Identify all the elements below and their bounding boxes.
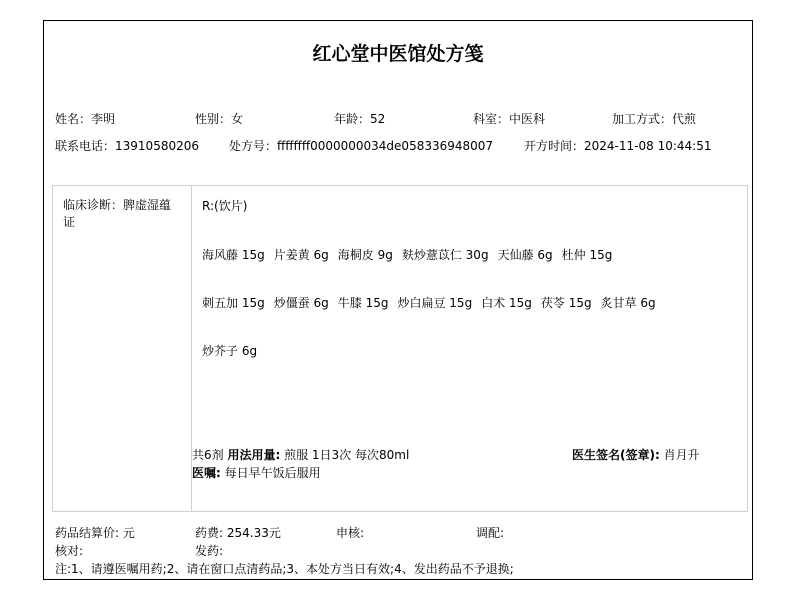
drug-fee: 药费: 254.33元 xyxy=(195,524,281,541)
prescription-time: 开方时间：2024-11-08 10:44:51 xyxy=(524,137,711,154)
page-title: 红心堂中医馆处方笺 xyxy=(44,39,752,66)
usage-line: 共6剂 用法用量: 煎服 1日3次 每次80ml xyxy=(192,446,409,464)
patient-name: 姓名：李明 xyxy=(55,110,115,127)
prescription-body: 临床诊断：脾虚湿蕴证 R:(饮片) 海风藤 15g片姜黄 6g海桐皮 9g麸炒薏… xyxy=(52,185,748,512)
herb-item: 片姜黄 6g xyxy=(274,248,329,262)
herb-item: 茯苓 15g xyxy=(541,296,592,310)
herb-item: 炒芥子 6g xyxy=(202,344,257,358)
herb-line-1: 海风藤 15g片姜黄 6g海桐皮 9g麸炒薏苡仁 30g天仙藤 6g杜仲 15g xyxy=(202,246,621,263)
footer-note: 注:1、请遵医嘱用药;2、请在窗口点清药品;3、本处方当日有效;4、发出药品不予… xyxy=(55,560,514,577)
herb-item: 杜仲 15g xyxy=(562,248,613,262)
patient-age: 年龄：52 xyxy=(334,110,385,127)
clinical-diagnosis: 临床诊断：脾虚湿蕴证 xyxy=(53,186,192,511)
department: 科室：中医科 xyxy=(473,110,545,127)
dispense-field: 调配: xyxy=(476,524,504,541)
herb-item: 天仙藤 6g xyxy=(498,248,553,262)
prescription-content: R:(饮片) 海风藤 15g片姜黄 6g海桐皮 9g麸炒薏苡仁 30g天仙藤 6… xyxy=(192,186,747,511)
issue-field: 发药: xyxy=(195,542,223,559)
review-field: 申核: xyxy=(336,524,364,541)
prescription-number: 处方号：ffffffff0000000034de058336948007 xyxy=(229,137,493,154)
herb-item: 海风藤 15g xyxy=(202,248,265,262)
herb-line-2: 刺五加 15g炒僵蚕 6g牛膝 15g炒白扁豆 15g白术 15g茯苓 15g炙… xyxy=(202,294,665,311)
usage-block: 共6剂 用法用量: 煎服 1日3次 每次80ml 医嘱: 每日早午饭后服用 xyxy=(192,446,409,482)
herb-item: 刺五加 15g xyxy=(202,296,265,310)
herb-line-3: 炒芥子 6g xyxy=(202,342,266,359)
doctor-signature: 医生签名(签章): 肖月升 xyxy=(572,446,702,464)
herb-item: 牛膝 15g xyxy=(338,296,389,310)
rx-header: R:(饮片) xyxy=(202,197,247,214)
patient-phone: 联系电话：13910580206 xyxy=(55,137,199,154)
herb-item: 麸炒薏苡仁 30g xyxy=(402,248,489,262)
advice-line: 医嘱: 每日早午饭后服用 xyxy=(192,464,409,482)
herb-item: 海桐皮 9g xyxy=(338,248,393,262)
herb-item: 炙甘草 6g xyxy=(601,296,656,310)
settle-price: 药品结算价: 元 xyxy=(55,524,135,541)
patient-gender: 性别：女 xyxy=(195,110,243,127)
check-field: 核对: xyxy=(55,542,83,559)
herb-item: 炒白扁豆 15g xyxy=(397,296,472,310)
prescription-sheet: 红心堂中医馆处方笺 姓名：李明 性别：女 年龄：52 科室：中医科 加工方式：代… xyxy=(43,20,753,580)
processing-method: 加工方式：代煎 xyxy=(612,110,696,127)
herb-item: 炒僵蚕 6g xyxy=(274,296,329,310)
herb-item: 白术 15g xyxy=(481,296,532,310)
